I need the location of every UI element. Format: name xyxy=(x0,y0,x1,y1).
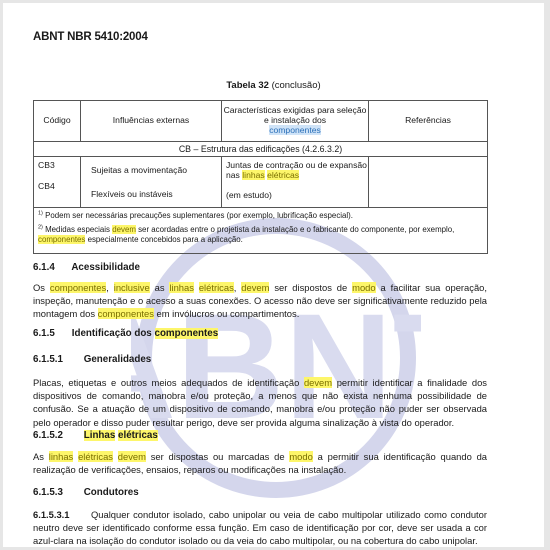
header-caracteristicas-text: Características exigidas para seleção e … xyxy=(224,105,367,125)
section-number: 6.1.5 xyxy=(33,328,69,339)
paragraph-6-1-5-1: Placas, etiquetas e outros meios adequad… xyxy=(33,376,487,429)
paragraph-6-1-5-2: As linhas elétricas devem ser dispostas … xyxy=(33,450,487,476)
paragraph-text: Os xyxy=(33,282,50,293)
heading-6-1-5-3: 6.1.5.3 Condutores xyxy=(33,487,139,498)
section-title: Condutores xyxy=(84,487,139,498)
highlight: inclusive xyxy=(114,282,150,293)
highlight: Linhas xyxy=(84,430,116,441)
note-2: 2) Medidas especiais devem ser acordadas… xyxy=(38,225,483,246)
paragraph-text: Placas, etiquetas e outros meios adequad… xyxy=(33,377,304,388)
highlight: componentes xyxy=(155,328,219,339)
header-codigo: Código xyxy=(34,101,81,142)
section-title: Generalidades xyxy=(84,354,152,365)
paragraph-6-1-4: Os componentes, inclusive as linhas elét… xyxy=(33,281,487,321)
paragraph-6-1-5-3-1: 6.1.5.3.1Qualquer condutor isolado, cabo… xyxy=(33,508,487,547)
highlight: componentes xyxy=(50,282,106,293)
table-number: Tabela 32 xyxy=(226,80,269,91)
note-marker: 2) xyxy=(38,224,43,230)
section-row-label: CB – Estrutura das edificações (4.2.6.3.… xyxy=(34,142,488,157)
highlight: componentes xyxy=(98,308,154,319)
heading-6-1-5-1: 6.1.5.1 Generalidades xyxy=(33,354,151,365)
note-text: ser acordadas entre o projetista da inst… xyxy=(138,225,454,234)
section-number: 6.1.5.1 xyxy=(33,354,81,365)
note-marker: 1) xyxy=(38,210,43,216)
highlight: devem xyxy=(304,377,332,388)
section-number: 6.1.5.2 xyxy=(33,430,81,441)
highlight: linhas xyxy=(49,451,74,462)
selected-text[interactable]: componentes xyxy=(269,125,321,135)
section-title: Acessibilidade xyxy=(71,262,140,273)
heading-6-1-5: 6.1.5 Identificação dos componentes xyxy=(33,328,218,339)
highlight: componentes xyxy=(38,235,85,244)
section-number: 6.1.4 xyxy=(33,262,69,273)
highlight: linhas xyxy=(242,170,264,180)
header-influencias: Influências externas xyxy=(81,101,222,142)
table-section-row: CB – Estrutura das edificações (4.2.6.3.… xyxy=(34,142,488,157)
influences-cell: Sujeitas a movimentação Flexíveis ou ins… xyxy=(81,157,222,208)
characteristic-cb4: (em estudo) xyxy=(222,189,368,207)
references-cell xyxy=(369,157,488,208)
header-referencias: Referências xyxy=(369,101,488,142)
paragraph-text: ser dispostas ou marcadas de xyxy=(146,451,289,462)
table-caption-suffix: (conclusão) xyxy=(272,80,321,91)
code-cb4: CB4 xyxy=(38,182,80,199)
note-text: Medidas especiais xyxy=(45,225,110,234)
heading-6-1-5-2: 6.1.5.2 Linhas elétricas xyxy=(33,430,158,441)
paragraph-text: As xyxy=(33,451,49,462)
note-text: Podem ser necessárias precauções supleme… xyxy=(45,211,353,220)
highlight: linhas xyxy=(169,282,194,293)
paragraph-text: em invólucros ou compartimentos. xyxy=(154,308,299,319)
highlight: modo xyxy=(352,282,375,293)
section-number: 6.1.5.3 xyxy=(33,487,81,498)
table-row: CB3 CB4 Sujeitas a movimentação Flexívei… xyxy=(34,157,488,208)
clause-text: Qualquer condutor isolado, cabo unipolar… xyxy=(33,509,487,546)
influence-cb3: Sujeitas a movimentação xyxy=(81,157,221,188)
highlight: modo xyxy=(289,451,312,462)
highlight: devem xyxy=(118,451,146,462)
table-notes-row: 1) Podem ser necessárias precauções supl… xyxy=(34,208,488,254)
highlight: devem xyxy=(241,282,269,293)
code-cb3: CB3 xyxy=(38,161,80,178)
note-text: especialmente concebidos para a aplicaçã… xyxy=(88,235,243,244)
document-identifier: ABNT NBR 5410:2004 xyxy=(33,31,148,43)
clause-number: 6.1.5.3.1 xyxy=(33,508,91,521)
influence-cb4: Flexíveis ou instáveis xyxy=(81,188,221,204)
characteristics-cell: Juntas de contração ou de expansão nas l… xyxy=(222,157,369,208)
section-title: Identificação dos xyxy=(72,328,152,339)
header-caracteristicas: Características exigidas para seleção e … xyxy=(222,101,369,142)
characteristic-cb3: Juntas de contração ou de expansão nas l… xyxy=(222,161,368,189)
highlight: elétricas xyxy=(267,170,299,180)
heading-6-1-4: 6.1.4 Acessibilidade xyxy=(33,262,140,273)
paragraph-text: ser dispostos de xyxy=(269,282,352,293)
table-notes: 1) Podem ser necessárias precauções supl… xyxy=(34,208,488,254)
influences-table: Código Influências externas Característi… xyxy=(33,100,488,254)
highlight: devem xyxy=(112,225,136,234)
document-page: ABNT ABNT NBR 5410:2004 Tabela 32 (concl… xyxy=(3,3,544,547)
paragraph-text: , xyxy=(106,282,114,293)
table-caption: Tabela 32 (conclusão) xyxy=(3,80,544,91)
table-header-row: Código Influências externas Característi… xyxy=(34,101,488,142)
highlight: elétricas xyxy=(199,282,234,293)
codes-cell: CB3 CB4 xyxy=(34,157,81,208)
paragraph-text: as xyxy=(150,282,170,293)
highlight: elétricas xyxy=(118,430,158,441)
highlight: elétricas xyxy=(78,451,113,462)
note-1: 1) Podem ser necessárias precauções supl… xyxy=(38,211,483,222)
